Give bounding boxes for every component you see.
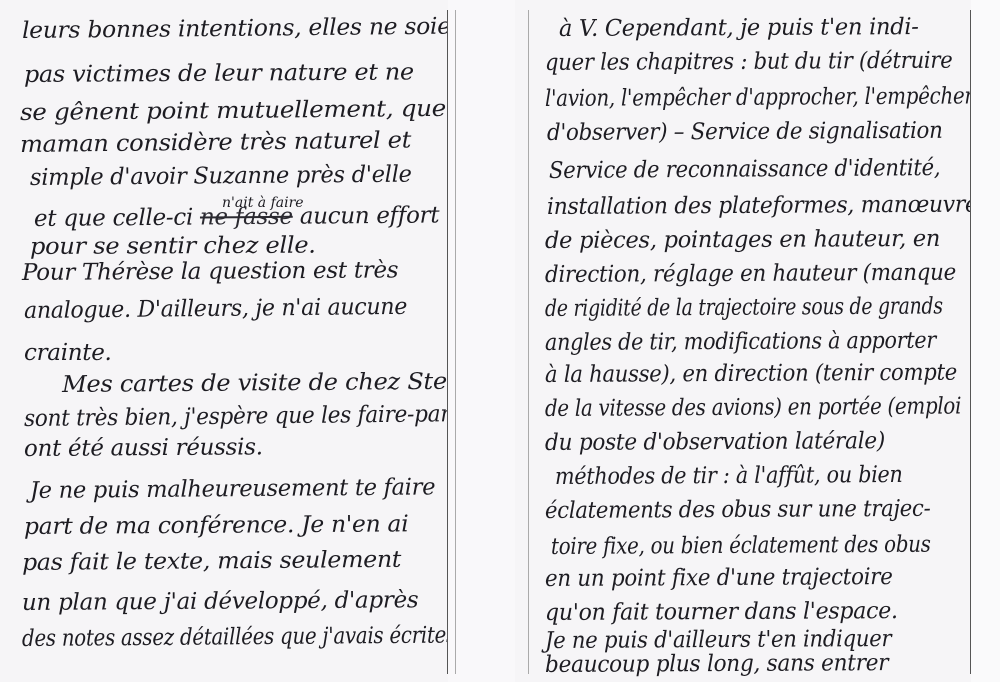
fold-line — [455, 10, 456, 674]
page-fold-gutter — [448, 0, 515, 682]
right-line-13: du poste d'observation latérale) — [545, 428, 885, 456]
right-line-17: en un point fixe d'une trajectoire — [545, 564, 893, 592]
right-line-8: direction, réglage en hauteur (manque — [545, 260, 956, 288]
right-page-fold-line — [528, 10, 529, 674]
left-line-13: ont été aussi réussis. — [24, 434, 263, 462]
right-line-5: Service de reconnaissance d'identité, — [549, 155, 940, 184]
left-line-6-start: et que celle-ci — [34, 205, 193, 232]
left-line-1: leurs bonnes intentions, elles ne soient — [22, 13, 475, 44]
right-line-10: angles de tir, modifications à apporter — [545, 328, 936, 356]
right-line-14: méthodes de tir : à l'affût, ou bien — [555, 462, 903, 490]
left-line-10: crainte. — [24, 340, 112, 366]
left-line-14: Je ne puis malheureusement te faire — [30, 474, 435, 504]
right-page: à V. Cependant, je puis t'en indi- quer … — [515, 0, 971, 682]
right-line-4: d'observer) – Service de signalisation — [547, 118, 943, 146]
right-line-18: qu'on fait tourner dans l'espace. — [545, 598, 898, 626]
left-line-2: pas victimes de leur nature et ne — [24, 59, 414, 88]
right-line-1: à V. Cependant, je puis t'en indi- — [559, 14, 919, 42]
left-line-4: maman considère très naturel et — [20, 127, 411, 158]
left-line-6-end: aucun effort — [300, 202, 440, 229]
left-line-5: simple d'avoir Suzanne près d'elle — [30, 162, 412, 191]
left-line-17: un plan que j'ai développé, d'après — [22, 587, 419, 616]
right-line-9: de rigidité de la trajectoire sous de gr… — [545, 293, 943, 322]
right-line-7: de pièces, pointages en hauteur, en — [545, 226, 940, 254]
struck-text: ne fasse — [200, 204, 293, 231]
left-line-3: se gênent point mutuellement, que — [20, 96, 446, 126]
right-line-3: l'avion, l'empêcher d'approcher, l'empêc… — [545, 83, 974, 112]
scanned-letter: leurs bonnes intentions, elles ne soient… — [0, 0, 1000, 682]
left-line-9: analogue. D'ailleurs, je n'ai aucune — [24, 294, 407, 324]
left-line-8: Pour Thérèse la question est très — [22, 257, 398, 286]
left-page-edge — [447, 10, 448, 674]
left-line-11: Mes cartes de visite de chez Stein — [62, 369, 470, 398]
right-line-11: à la hausse), en direction (tenir compte — [545, 360, 957, 388]
right-line-2: quer les chapitres : but du tir (détruir… — [545, 48, 953, 76]
left-line-18: des notes assez détaillées que j'avais é… — [22, 622, 456, 652]
right-line-15: éclatements des obus sur une trajec- — [545, 496, 931, 524]
left-line-12: sont très bien, j'espère que les faire-p… — [24, 401, 459, 432]
right-line-6: installation des plateformes, manœuvre — [547, 192, 978, 220]
right-line-12: de la vitesse des avions) en portée (emp… — [545, 393, 961, 422]
right-line-16: toire fixe, ou bien éclatement des obus — [551, 532, 931, 560]
right-line-20: beaucoup plus long, sans entrer — [545, 650, 888, 678]
left-line-16: pas fait le texte, mais seulement — [22, 547, 401, 576]
left-line-15: part de ma conférence. Je n'en ai — [24, 511, 409, 540]
left-line-6: et que celle-ci ne fasse aucun effort — [34, 202, 439, 232]
left-page: leurs bonnes intentions, elles ne soient… — [0, 0, 448, 682]
left-line-7: pour se sentir chez elle. — [30, 233, 316, 260]
outer-margin — [971, 0, 1000, 682]
